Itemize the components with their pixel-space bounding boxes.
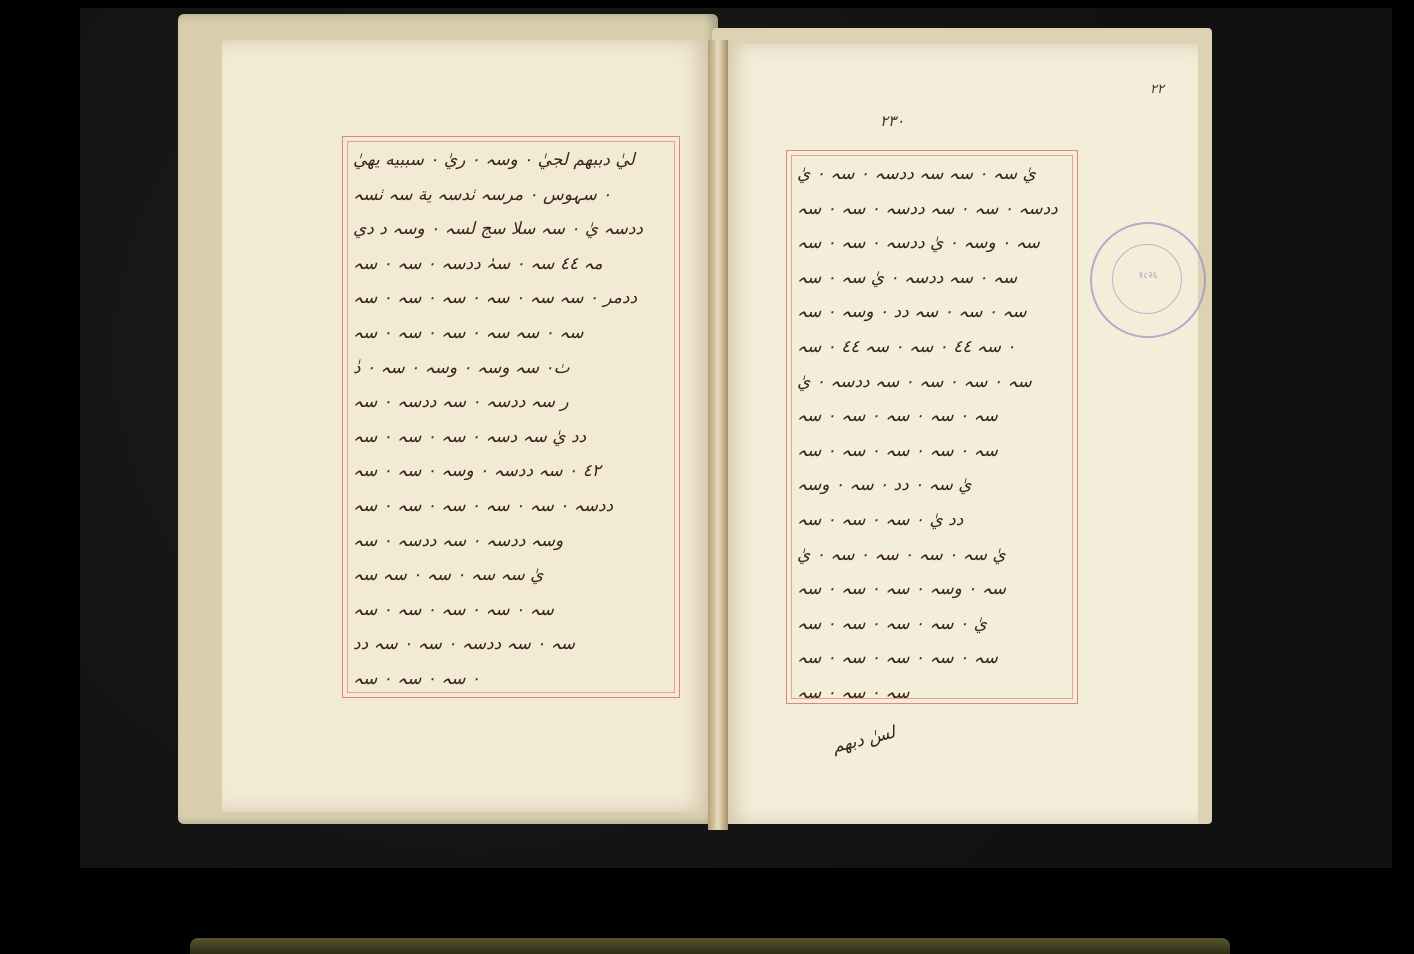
text-line: ددسہ ٠ سہ ٠ سہ ددسہ ٠ سہ ٠ سہ	[797, 192, 1067, 227]
text-line: ٤٢ ٠ سہ ددسہ ٠ وسہ ٠ سہ ٠ سہ	[353, 454, 669, 489]
text-line: سہ ٠ سہ ٠ سہ ٠ سہ ٠ سہ	[797, 641, 1067, 676]
text-line: ر سہ ددسہ ٠ سہ ددسہ ٠ سہ	[353, 385, 669, 420]
folio-number: ٢٣٠	[880, 112, 904, 130]
text-line: سہ ٠ سہ ددسہ ٠ يٰ سہ ٠ سہ	[797, 261, 1067, 296]
text-line: سہ ٠ سہ ٠ سہ ٠ سہ ٠ سہ	[797, 434, 1067, 469]
binding-spine	[708, 40, 728, 830]
right-text-frame: يٰ سہ ٠ سہ سہ ددسہ ٠ سہ ٠ يٰ ددسہ ٠ سہ ٠…	[786, 150, 1078, 704]
text-line: يٰ سہ ٠ سہ سہ ددسہ ٠ سہ ٠ يٰ	[797, 157, 1067, 192]
text-line: ليٰ دببهم لجيٰ ٠ وسہ ٠ ريٰ ٠ سببيه يهيٰ	[353, 143, 669, 178]
text-line: سہ ٠ سہ ٠ سہ ٠ سہ ٠ سہ	[353, 593, 669, 628]
text-line: سہ ٠ سہ ٠ سہ ٠ سہ ٠ سہ	[797, 399, 1067, 434]
text-line: دد يٰ ٠ سہ ٠ سہ ٠ سہ	[797, 503, 1067, 538]
corner-number: ٢٢	[1150, 82, 1164, 97]
text-line: ٠ سہ ٤٤ ٠ سہ ٠ سہ ٤٤ ٠ سہ	[797, 330, 1067, 365]
text-line: ٺ٠ سہ وسہ ٠ وسہ ٠ سہ ٠ دٰ	[353, 351, 669, 386]
text-line: مہ ٤٤ سہ ٠ سہٰ ددسہ ٠ سہ ٠ سہ	[353, 247, 669, 282]
text-line: سہ ٠ وسہ ٠ يٰ ددسہ ٠ سہ ٠ سہ	[797, 226, 1067, 261]
text-line: سہ ٠ سہ ددسہ ٠ سہ ٠ سہ دد	[353, 627, 669, 662]
text-line: ددسہ ٠ سہ ٠ سہ ٠ سہ ٠ سہ ٠ سہ	[353, 489, 669, 524]
text-line: سہ ٠ سہ سہ ٠ سہ ٠ سہ ٠ سہ	[353, 316, 669, 351]
text-line: يٰ سہ سہ ٠ سہ ٠ سہ سہ	[353, 558, 669, 593]
text-line: سہ ٠ سہ ٠ سہ	[797, 676, 1067, 711]
text-line: دد يٰ سہ دسہ ٠ سہ ٠ سہ ٠ سہ	[353, 420, 669, 455]
text-line: ٠ سہ ٠ سہ ٠ سہ	[353, 662, 669, 697]
library-stamp: १८२६	[1090, 222, 1206, 338]
text-line: سہ ٠ وسہ ٠ سہ ٠ سہ ٠ سہ	[797, 572, 1067, 607]
film-edge-strip	[190, 938, 1230, 954]
text-line: سہ ٠ سہ ٠ سہ دد ٠ وسہ ٠ سہ	[797, 295, 1067, 330]
text-line: يٰ سہ ٠ سہ ٠ سہ ٠ سہ ٠ يٰ	[797, 538, 1067, 573]
left-text-lines: ليٰ دببهم لجيٰ ٠ وسہ ٠ ريٰ ٠ سببيه يهيٰ …	[353, 143, 669, 697]
left-text-frame: ليٰ دببهم لجيٰ ٠ وسہ ٠ ريٰ ٠ سببيه يهيٰ …	[342, 136, 680, 698]
stamp-text: १८२६	[1092, 268, 1204, 281]
text-line: ٠ سہوس ٠ مرسہ ٺدسہ ية سہ ٺسہ	[353, 178, 669, 213]
right-text-lines: يٰ سہ ٠ سہ سہ ددسہ ٠ سہ ٠ يٰ ددسہ ٠ سہ ٠…	[797, 157, 1067, 711]
text-line: وسہ ددسہ ٠ سہ ددسہ ٠ سہ	[353, 524, 669, 559]
text-line: يٰ سہ ٠ دد ٠ سہ ٠ وسہ	[797, 468, 1067, 503]
text-line: سہ ٠ سہ ٠ سہ ٠ سہ ددسہ ٠ يٰ	[797, 365, 1067, 400]
text-line: يٰ ٠ سہ ٠ سہ ٠ سہ ٠ سہ	[797, 607, 1067, 642]
text-line: ددسہ يٰ ٠ سہ سلا سج لسہ ٠ وسہ د دي	[353, 212, 669, 247]
text-line: ددمر ٠ سہ سہ ٠ سہ ٠ سہ ٠ سہ ٠ سہ	[353, 281, 669, 316]
